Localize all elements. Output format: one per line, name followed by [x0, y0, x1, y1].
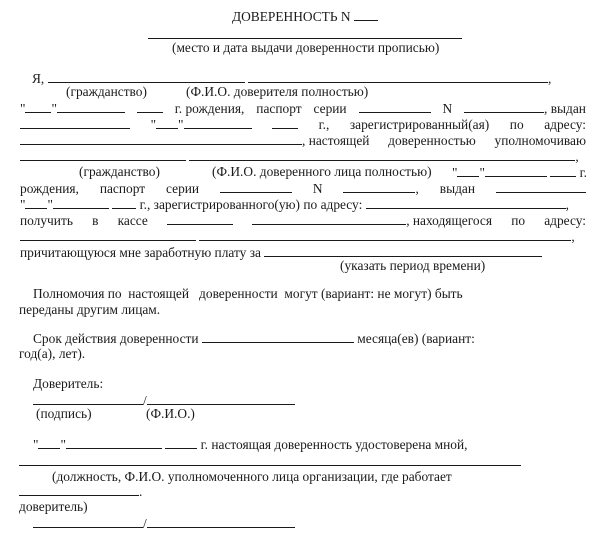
official-blank[interactable] — [19, 465, 521, 466]
place-date-blank[interactable] — [148, 38, 462, 39]
comma: , — [571, 229, 574, 244]
comma: , — [575, 149, 578, 164]
cert-year-blank[interactable] — [165, 436, 197, 449]
located-text: по — [511, 213, 525, 229]
at-label: по — [510, 117, 524, 133]
birth-year-blank[interactable] — [137, 100, 163, 113]
agent-birth-year-blank[interactable] — [550, 164, 576, 177]
agent-birth-month-blank[interactable] — [485, 164, 547, 177]
org-address-line: , — [20, 228, 575, 245]
address-label: адресу: — [544, 117, 586, 133]
org-address-blank-2[interactable] — [199, 228, 571, 241]
place-date-caption: (место и дата выдачи доверенности пропис… — [172, 40, 439, 56]
principal-address-blank[interactable] — [20, 132, 302, 145]
series-label: серии — [166, 181, 199, 197]
receive-text: кассе — [118, 213, 148, 229]
principal-fio-blank[interactable] — [147, 392, 295, 405]
caption-citizenship: (гражданство) — [66, 84, 147, 100]
issue-day-blank[interactable] — [156, 116, 178, 129]
empower-text: доверенностью — [388, 133, 476, 149]
number-label: N — [313, 181, 323, 197]
intro-text: Я, — [32, 71, 44, 86]
issuer-blank[interactable] — [20, 116, 130, 129]
born-label: г. рождения, — [175, 101, 245, 117]
principal-address-line: , настоящей доверенностью уполномочиваю — [20, 132, 586, 149]
principal-issue-line: "" г., зарегистрированный(ая) по адресу: — [20, 116, 586, 133]
organization-blank[interactable] — [252, 212, 406, 225]
agent-address-blank[interactable] — [366, 196, 566, 209]
principal-name-blank[interactable] — [248, 70, 548, 83]
validity-text: Срок действия доверенности — [33, 331, 199, 346]
document-title: ДОВЕРЕННОСТЬ N — [232, 8, 378, 25]
series-label: серии — [314, 101, 347, 117]
cashier-line: получить в кассе , находящегося по адрес… — [20, 212, 586, 229]
passport-number-blank[interactable] — [464, 100, 544, 113]
caption-agent-name: (Ф.И.О. доверенного лица полностью) — [212, 164, 432, 180]
certified-text: г. настоящая доверенность удостоверена м… — [201, 437, 468, 452]
certification-line: "" г. настоящая доверенность удостоверен… — [33, 436, 468, 453]
agent-issue-day-blank[interactable] — [25, 196, 47, 209]
agent-name-blank[interactable] — [189, 148, 575, 161]
validity-line: Срок действия доверенности месяца(ев) (в… — [33, 330, 475, 347]
cashier-blank[interactable] — [167, 212, 233, 225]
located-text: , находящегося — [406, 213, 492, 228]
agent-issue-year-blank[interactable] — [112, 196, 136, 209]
comma: , — [566, 197, 569, 212]
agent-passport-series-blank[interactable] — [220, 180, 292, 193]
passport-label: паспорт — [100, 181, 145, 197]
official-fio-blank[interactable] — [147, 515, 295, 528]
passport-series-blank[interactable] — [359, 100, 431, 113]
birth-day-blank[interactable] — [25, 100, 51, 113]
registered-label: зарегистрированный(ая) — [350, 117, 489, 133]
principal-label: Доверитель: — [33, 376, 103, 392]
validity-blank[interactable] — [202, 330, 354, 343]
official-extra-blank[interactable] — [19, 483, 139, 496]
number-label: N — [442, 101, 452, 117]
issue-month-blank[interactable] — [184, 116, 252, 129]
empower-text: уполномочиваю — [495, 133, 587, 149]
agent-citizenship-blank[interactable] — [20, 148, 186, 161]
principal-signature-blank[interactable] — [33, 392, 143, 405]
agent-line: , — [20, 148, 579, 165]
caption-fio: (Ф.И.О.) — [146, 406, 195, 422]
delegation-text-2: переданы другим лицам. — [19, 302, 160, 318]
cert-day-blank[interactable] — [38, 436, 60, 449]
issued-label: выдан — [440, 181, 475, 197]
delegation-text: Полномочия по настоящей доверенности мог… — [33, 286, 463, 302]
cert-month-blank[interactable] — [66, 436, 162, 449]
official-signature-line: / — [33, 515, 295, 532]
period-blank[interactable] — [264, 244, 542, 257]
year-label: г. — [580, 165, 587, 180]
title-text: ДОВЕРЕННОСТЬ N — [232, 9, 351, 24]
caption-citizenship: (гражданство) — [79, 164, 160, 180]
comma: , — [548, 71, 551, 86]
validity-text-3: год(а), лет). — [19, 346, 85, 362]
org-address-blank-1[interactable] — [20, 228, 196, 241]
citizenship-blank[interactable] — [48, 70, 245, 83]
agent-issuer-blank[interactable] — [496, 180, 586, 193]
caption-principal-name: (Ф.И.О. доверителя полностью) — [186, 84, 368, 100]
agent-issue-line: "" г., зарегистрированного(ую) по адресу… — [20, 196, 569, 213]
agent-passport-line: рождения, паспорт серии N , выдан — [20, 180, 586, 197]
issued-label: , выдан — [544, 101, 586, 116]
issue-year-blank[interactable] — [272, 116, 298, 129]
receive-text: в — [92, 213, 98, 229]
comma: , — [415, 181, 418, 196]
agent-issue-month-blank[interactable] — [53, 196, 109, 209]
caption-official-2: доверитель) — [19, 499, 88, 515]
located-text: адресу: — [544, 213, 586, 229]
birth-month-blank[interactable] — [57, 100, 125, 113]
principal-birth-line: "" г. рождения, паспорт серии N , выдан — [20, 100, 586, 117]
receive-text: получить — [20, 213, 73, 229]
year-label: г., — [319, 117, 330, 133]
passport-label: паспорт — [256, 101, 301, 117]
number-blank[interactable] — [354, 8, 378, 21]
caption-signature: (подпись) — [36, 406, 92, 422]
agent-birth-day-blank[interactable] — [457, 164, 479, 177]
agent-passport-number-blank[interactable] — [343, 180, 415, 193]
validity-text: месяца(ев) (вариант: — [357, 331, 475, 346]
official-extra-line: . — [19, 483, 142, 500]
caption-period: (указать период времени) — [340, 258, 485, 274]
period: . — [139, 484, 142, 499]
salary-text: причитающуюся мне заработную плату за — [20, 245, 261, 260]
empower-text: , настоящей — [302, 133, 369, 148]
born-label: рождения, — [20, 181, 79, 197]
registered-label: г., зарегистрированного(ую) по адресу: — [140, 197, 363, 212]
official-signature-blank[interactable] — [33, 515, 143, 528]
